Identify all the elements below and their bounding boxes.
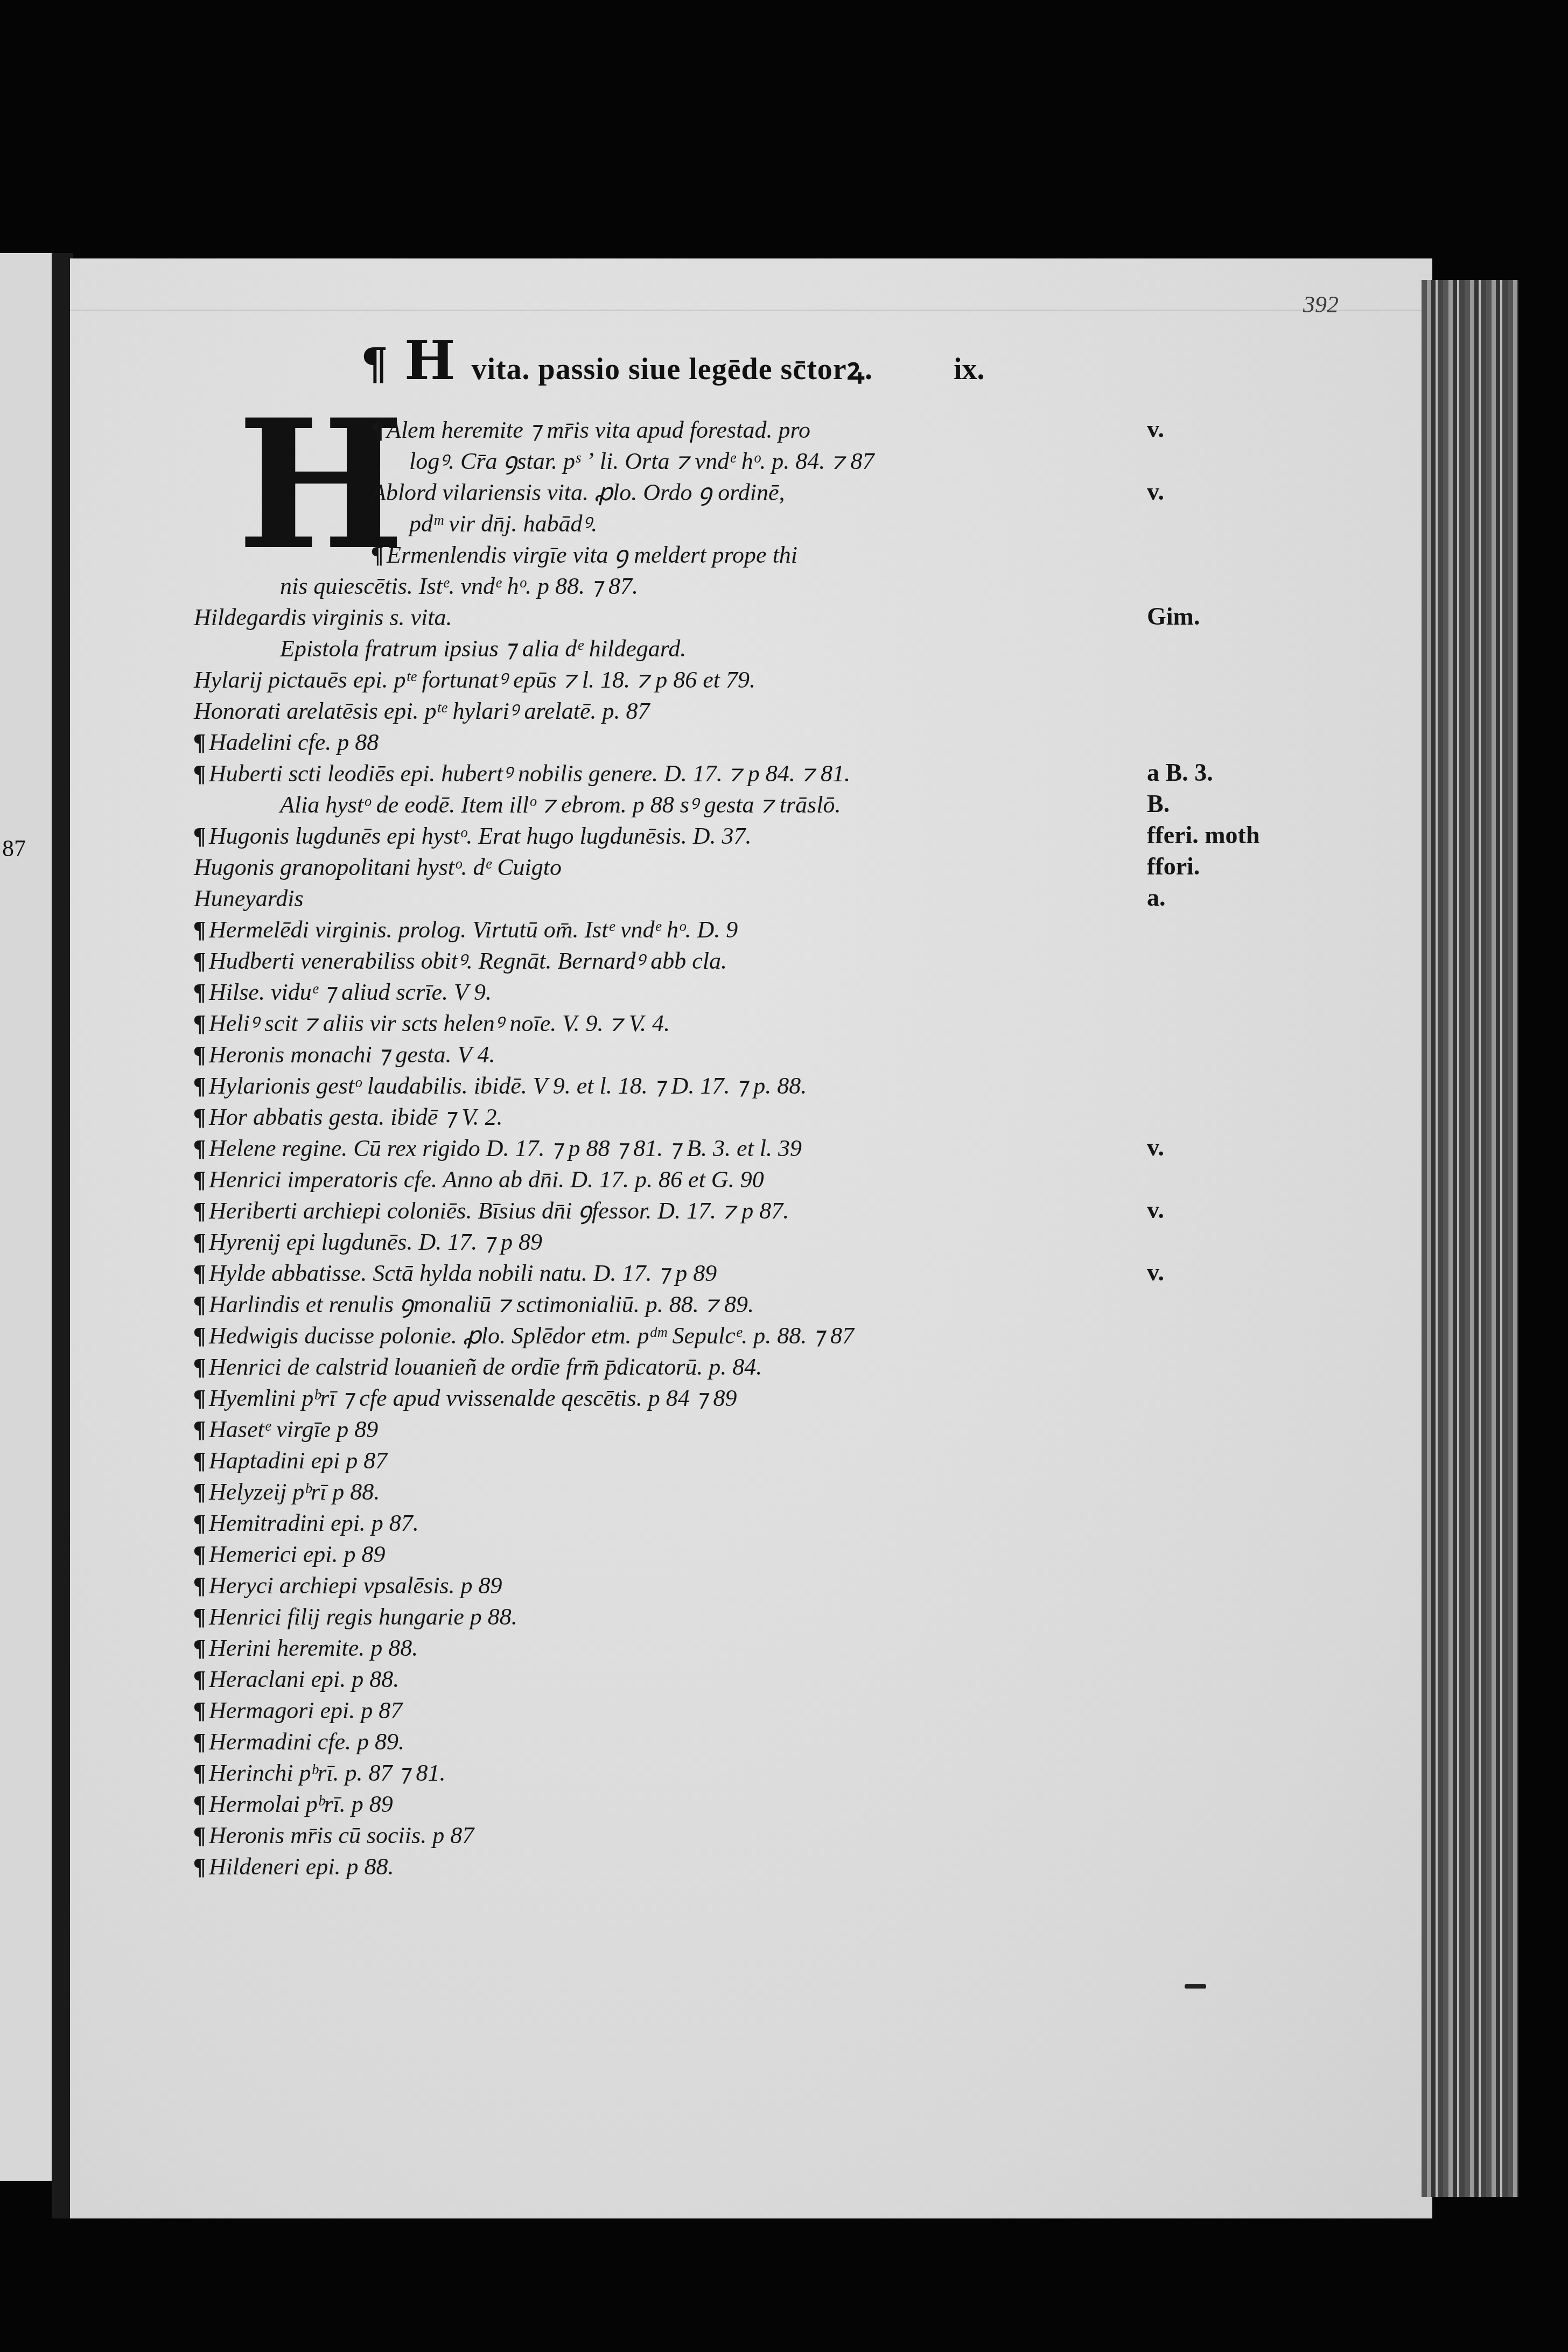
index-entry: ¶Hor abbatis gesta. ibidē ⁊ V. 2. [194,1102,1271,1133]
left-page-fragment: 87 [0,253,54,2181]
entry-text: Helyzeij pᵇrī p 88. [209,1479,380,1505]
paragraph-mark-icon: ¶ [194,1791,206,1817]
entry-text: Heronis monachi ⁊ gesta. V 4. [209,1041,495,1068]
index-entry: ¶Hemerici epi. p 89 [194,1539,1271,1570]
index-entry: ¶Hadelini cfe. p 88 [194,727,1271,758]
margin-note: ffori. [1147,852,1200,880]
paragraph-mark-icon: ¶ [194,1073,206,1099]
paragraph-mark-icon: ¶ [372,542,383,568]
paragraph-mark-icon: ¶ [194,1104,206,1130]
entry-text: Henrici filij regis hungarie p 88. [209,1604,517,1630]
paragraph-mark-icon: ¶ [194,979,206,1005]
manuscript-page: 392 ¶ H vita. passio siue legēde sc̄torꝝ… [70,258,1432,2218]
index-entry: Alia hystᵒ de eodē. Item illᵒ ⁊ ebrom. p… [194,789,1271,821]
paragraph-mark-icon: ¶ [194,823,206,849]
index-entry: Hylarij pictauēs epi. pᵗᵉ fortunatꝰ epūs… [194,664,1271,696]
entry-text: logꝰ. Cr̄a ꝯstar. pˢ ʼ li. Orta ⁊ vndᵉ h… [409,448,874,474]
paragraph-mark-icon: ¶ [194,1041,206,1068]
page-title: vita. passio siue legēde sc̄torꝝ. [471,347,873,388]
entry-text: Henrici de calstrid louanieñ de ordīe fr… [209,1354,762,1380]
entry-text: Huneyardis [194,885,304,912]
paragraph-mark-icon: ¶ [194,916,206,943]
index-entry: ¶Henrici de calstrid louanieñ de ordīe f… [194,1352,1271,1383]
entry-text: Alem heremite ⁊ mr̄is vita apud forestad… [387,417,810,443]
entry-text: nis quiescētis. Istᵉ. vndᵉ hᵒ. p 88. ⁊ 8… [280,573,638,599]
entry-text: Hemitradini epi. p 87. [209,1510,419,1536]
index-entry: Honorati arelatēsis epi. pᵗᵉ hylariꝰ are… [194,696,1271,727]
index-entry: ¶Huberti scti leodiēs epi. hubertꝰ nobil… [194,758,1271,789]
entry-text: Hugonis granopolitani hystᵒ. dᵉ Cuigto [194,854,562,880]
index-entry: logꝰ. Cr̄a ꝯstar. pˢ ʼ li. Orta ⁊ vndᵉ h… [194,446,1271,477]
entry-text: Hermelēdi virginis. prolog. Virtutū om̄.… [209,916,738,943]
margin-note: fferi. moth [1147,821,1259,849]
paragraph-mark-icon: ¶ [194,1229,206,1255]
entry-text: Hildegardis virginis s. vita. [194,604,452,631]
entry-text: Haptadini epi p 87 [209,1447,387,1474]
left-page-number-fragment: 87 [2,835,26,862]
entry-text: Hugonis lugdunēs epi hystᵒ. Erat hugo lu… [209,823,751,849]
entry-text: Harlindis et renulis ꝯmonaliū ⁊ sctimoni… [209,1291,754,1318]
entry-text: Hudberti venerabiliss obitꝰ. Regnāt. Ber… [209,948,727,974]
paragraph-mark-icon: ¶ [194,1728,206,1755]
index-entry: ¶Heryci archiepi vpsalēsis. p 89 [194,1570,1271,1601]
margin-note: v. [1147,415,1164,443]
paragraph-mark-icon: ¶ [194,1385,206,1411]
paragraph-mark-icon: ¶ [372,417,383,443]
paragraph-mark-icon: ¶ [194,1541,206,1567]
paragraph-mark-icon: ¶ [194,1760,206,1786]
index-entry: ¶Heronis monachi ⁊ gesta. V 4. [194,1039,1271,1070]
margin-note: Gim. [1147,602,1200,631]
index-entry: ¶Harlindis et renulis ꝯmonaliū ⁊ sctimon… [194,1289,1271,1320]
entry-text: Herini heremite. p 88. [209,1635,418,1661]
entry-text: Hilse. viduᵉ ⁊ aliud scrīe. V 9. [209,979,492,1005]
paragraph-mark-icon: ¶ [194,1010,206,1037]
index-entry: ¶Henrici imperatoris cfe. Anno ab dn̄i. … [194,1164,1271,1195]
entry-text: Heronis mr̄is cū sociis. p 87 [209,1822,474,1849]
paragraph-mark-icon: ¶ [194,1322,206,1349]
paragraph-mark-icon: ¶ [194,1447,206,1474]
paragraph-mark-icon: ¶ [194,1135,206,1161]
index-entry: ¶Helyzeij pᵇrī p 88. [194,1476,1271,1508]
index-entry: ¶Hemitradini epi. p 87. [194,1508,1271,1539]
entry-text: Heliꝰ scit ⁊ aliis vir scts helenꝰ noīe.… [209,1010,670,1037]
index-entry: ¶Heronis mr̄is cū sociis. p 87 [194,1820,1271,1851]
paragraph-mark-icon: ¶ [194,760,206,787]
ruling-line [70,310,1432,311]
index-entry: Hildegardis virginis s. vita. [194,602,1271,633]
entry-text: Hildeneri epi. p 88. [209,1853,394,1880]
index-entry: ¶Herinchi pᵇrī. p. 87 ⁊ 81. [194,1758,1271,1789]
index-entry: Hugonis granopolitani hystᵒ. dᵉ Cuigto [194,852,1271,883]
page-edges [1422,280,1518,2197]
entry-text: Heryci archiepi vpsalēsis. p 89 [209,1572,502,1599]
margin-note: v. [1147,1133,1164,1161]
index-entry: ¶Hedwigis ducisse polonie. ꝓlo. Splēdor … [194,1320,1271,1352]
entry-text: Hasetᵉ virgīe p 89 [209,1416,378,1443]
page-header: ¶ H vita. passio siue legēde sc̄torꝝ. ix… [361,328,985,392]
index-entry: ¶Hasetᵉ virgīe p 89 [194,1414,1271,1445]
paragraph-mark-icon: ¶ [194,1635,206,1661]
index-entry: pdᵐ vir dn̄j. habādꝰ. [194,508,1271,540]
entry-text: Epistola fratrum ipsius ⁊ alia dᵉ hildeg… [280,635,686,662]
paragraph-mark-icon: ¶ [194,1604,206,1630]
entry-text: Ablord vilariensis vita. ꝓlo. Ordo ꝯ ord… [372,479,785,506]
entry-text: Ermenlendis virgīe vita ꝯ meldert prope … [387,542,797,568]
entry-text: Honorati arelatēsis epi. pᵗᵉ hylariꝰ are… [194,698,649,724]
index-entry: ¶Helene regine. Cū rex rigido D. 17. ⁊ p… [194,1133,1271,1164]
folio-number: 392 [1303,291,1339,318]
entry-text: pdᵐ vir dn̄j. habādꝰ. [409,510,597,537]
paragraph-mark-icon: ¶ [194,1416,206,1443]
index-entry: ¶Hyrenij epi lugdunēs. D. 17. ⁊ p 89 [194,1227,1271,1258]
entry-text: Heriberti archiepi coloniēs. Bīsius dn̄i… [209,1198,789,1224]
entry-text: Hylarij pictauēs epi. pᵗᵉ fortunatꝰ epūs… [194,667,755,693]
index-entry: ¶Hildeneri epi. p 88. [194,1851,1271,1882]
index-entry: ¶Haptadini epi p 87 [194,1445,1271,1476]
index-entry: ¶Hylde abbatisse. Sctā hylda nobili natu… [194,1258,1271,1289]
entry-text: Huberti scti leodiēs epi. hubertꝰ nobili… [209,760,850,787]
margin-note: a. [1147,883,1166,912]
index-entry: ¶Heraclani epi. p 88. [194,1664,1271,1695]
margin-note: v. [1147,477,1164,506]
paragraph-mark-icon: ¶ [194,1697,206,1724]
entry-text: Helene regine. Cū rex rigido D. 17. ⁊ p … [209,1135,802,1161]
entry-text: Hylarionis gestᵒ laudabilis. ibidē. V 9.… [209,1073,807,1099]
index-entry: ¶Herini heremite. p 88. [194,1633,1271,1664]
paragraph-mark-icon: ¶ [194,729,206,755]
paragraph-mark-icon: ¶ [194,1666,206,1692]
entry-text: Herinchi pᵇrī. p. 87 ⁊ 81. [209,1760,445,1786]
entry-text: Heraclani epi. p 88. [209,1666,399,1692]
chapter-number: ix. [954,352,985,387]
index-entry: ¶Hilse. viduᵉ ⁊ aliud scrīe. V 9. [194,977,1271,1008]
margin-note: B. [1147,789,1170,818]
header-initial: H [404,328,455,392]
paragraph-mark-icon: ¶ [194,1572,206,1599]
index-entry: Epistola fratrum ipsius ⁊ alia dᵉ hildeg… [194,633,1271,664]
index-entry: ¶Hudberti venerabiliss obitꝰ. Regnāt. Be… [194,946,1271,977]
paragraph-mark-icon: ¶ [194,1291,206,1318]
index-entry: ¶Heriberti archiepi coloniēs. Bīsius dn̄… [194,1195,1271,1227]
entry-text: Hermolai pᵇrī. p 89 [209,1791,393,1817]
index-entry: ¶Alem heremite ⁊ mr̄is vita apud foresta… [194,415,1271,446]
entry-text: Henrici imperatoris cfe. Anno ab dn̄i. D… [209,1166,764,1193]
index-entry: ¶Henrici filij regis hungarie p 88. [194,1601,1271,1633]
index-entry: ¶Ermenlendis virgīe vita ꝯ meldert prope… [194,540,1271,571]
entry-text: Hemerici epi. p 89 [209,1541,385,1567]
paragraph-mark-icon: ¶ [194,1510,206,1536]
index-entry: nis quiescētis. Istᵉ. vndᵉ hᵒ. p 88. ⁊ 8… [194,571,1271,602]
paragraph-mark-icon: ¶ [194,1479,206,1505]
index-entry: ¶Hermagori epi. p 87 [194,1695,1271,1726]
entry-text: Hedwigis ducisse polonie. ꝓlo. Splēdor e… [209,1322,854,1349]
entry-text: Alia hystᵒ de eodē. Item illᵒ ⁊ ebrom. p… [280,792,841,818]
index-entries: ¶Alem heremite ⁊ mr̄is vita apud foresta… [194,415,1271,1882]
margin-note: v. [1147,1258,1164,1286]
index-entry: ¶Hylarionis gestᵒ laudabilis. ibidē. V 9… [194,1070,1271,1102]
entry-text: Hyrenij epi lugdunēs. D. 17. ⁊ p 89 [209,1229,542,1255]
entry-text: Hermadini cfe. p 89. [209,1728,404,1755]
paragraph-mark-icon: ¶ [194,1822,206,1849]
index-entry: ¶Hyemlini pᵇrī ⁊ cfe apud vvissenalde qe… [194,1383,1271,1414]
paragraph-mark-icon: ¶ [194,1354,206,1380]
entry-text: Hylde abbatisse. Sctā hylda nobili natu.… [209,1260,717,1286]
index-entry: ¶Hermelēdi virginis. prolog. Virtutū om̄… [194,914,1271,946]
entry-text: Hyemlini pᵇrī ⁊ cfe apud vvissenalde qes… [209,1385,737,1411]
paragraph-mark-icon: ¶ [194,1853,206,1880]
paragraph-mark-icon: ¶ [194,1198,206,1224]
index-entry: Ablord vilariensis vita. ꝓlo. Ordo ꝯ ord… [194,477,1271,508]
index-entry: ¶Heliꝰ scit ⁊ aliis vir scts helenꝰ noīe… [194,1008,1271,1039]
paragraph-mark-icon: ¶ [194,1260,206,1286]
entry-text: Hor abbatis gesta. ibidē ⁊ V. 2. [209,1104,502,1130]
paragraph-mark-icon: ¶ [194,948,206,974]
index-entry: Huneyardis [194,883,1271,914]
margin-note: v. [1147,1195,1164,1224]
ink-speck [1185,1984,1206,1989]
margin-note: a B. 3. [1147,758,1213,787]
paragraph-mark-icon: ¶ [194,1166,206,1193]
index-entry: ¶Hugonis lugdunēs epi hystᵒ. Erat hugo l… [194,821,1271,852]
index-entry: ¶Hermadini cfe. p 89. [194,1726,1271,1758]
entry-text: Hadelini cfe. p 88 [209,729,379,755]
index-entry: ¶Hermolai pᵇrī. p 89 [194,1789,1271,1820]
entry-text: Hermagori epi. p 87 [209,1697,402,1724]
